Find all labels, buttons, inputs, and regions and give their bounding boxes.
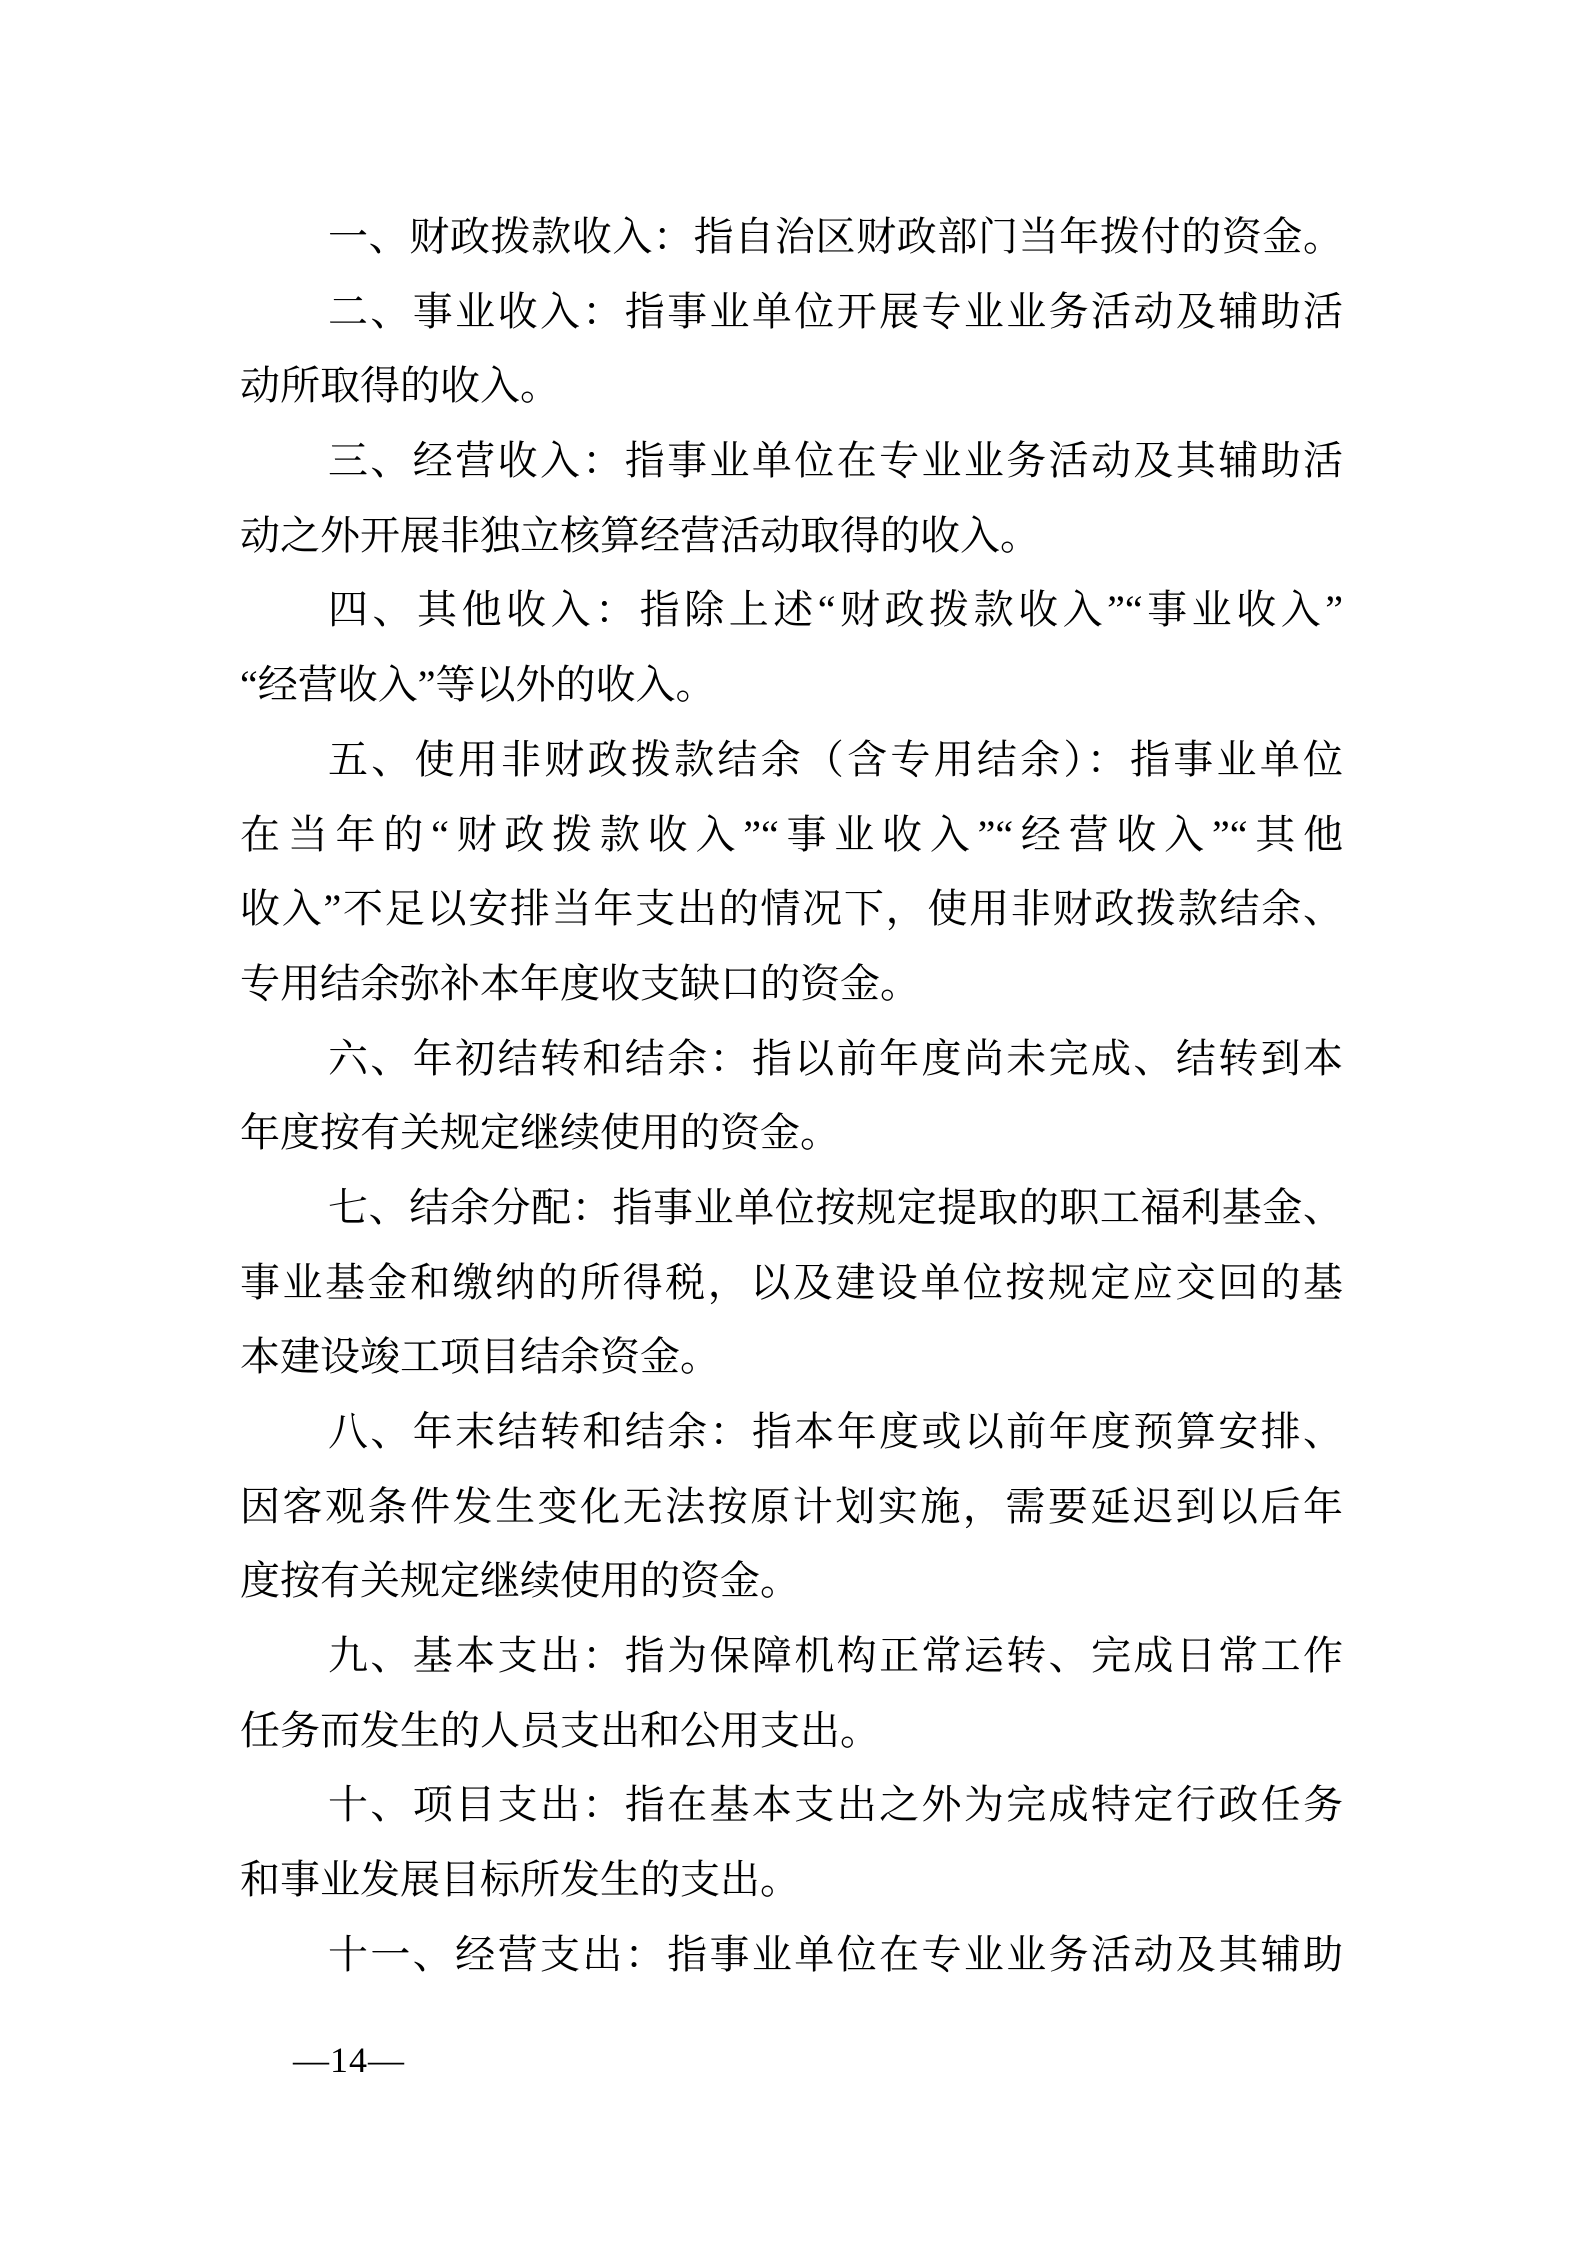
text-line: 六、年初结转和结余：指以前年度尚未完成、结转到本 <box>240 1022 1343 1097</box>
text-line: 度按有关规定继续使用的资金。 <box>240 1544 1343 1619</box>
text-line: 动之外开展非独立核算经营活动取得的收入。 <box>240 499 1343 574</box>
text-line: 一、财政拨款收入：指自治区财政部门当年拨付的资金。 <box>240 200 1343 275</box>
page-number: —14— <box>293 2038 405 2082</box>
text-line: 九、基本支出：指为保障机构正常运转、完成日常工作 <box>240 1619 1343 1694</box>
text-line: 因客观条件发生变化无法按原计划实施，需要延迟到以后年 <box>240 1470 1343 1545</box>
text-line: 七、结余分配：指事业单位按规定提取的职工福利基金、 <box>240 1171 1343 1246</box>
text-line: “经营收入”等以外的收入。 <box>240 648 1343 723</box>
text-line: 五、使用非财政拨款结余（含专用结余）：指事业单位 <box>240 723 1343 798</box>
text-line: 专用结余弥补本年度收支缺口的资金。 <box>240 947 1343 1022</box>
text-line: 八、年末结转和结余：指本年度或以前年度预算安排、 <box>240 1395 1343 1470</box>
text-line: 事业基金和缴纳的所得税，以及建设单位按规定应交回的基 <box>240 1246 1343 1321</box>
text-line: 年度按有关规定继续使用的资金。 <box>240 1096 1343 1171</box>
text-line: 本建设竣工项目结余资金。 <box>240 1320 1343 1395</box>
text-line: 二、事业收入：指事业单位开展专业业务活动及辅助活 <box>240 275 1343 350</box>
body-text: 一、财政拨款收入：指自治区财政部门当年拨付的资金。二、事业收入：指事业单位开展专… <box>240 200 1343 1993</box>
text-line: 三、经营收入：指事业单位在专业业务活动及其辅助活 <box>240 424 1343 499</box>
text-line: 十一、经营支出：指事业单位在专业业务活动及其辅助 <box>240 1918 1343 1993</box>
document-page: 一、财政拨款收入：指自治区财政部门当年拨付的资金。二、事业收入：指事业单位开展专… <box>0 0 1587 2245</box>
text-line: 和事业发展目标所发生的支出。 <box>240 1843 1343 1918</box>
text-line: 收入”不足以安排当年支出的情况下，使用非财政拨款结余、 <box>240 872 1343 947</box>
text-line: 动所取得的收入。 <box>240 349 1343 424</box>
text-line: 在当年的“财政拨款收入”“事业收入”“经营收入”“其他 <box>240 798 1343 873</box>
text-line: 四、其他收入：指除上述“财政拨款收入”“事业收入” <box>240 573 1343 648</box>
text-line: 十、项目支出：指在基本支出之外为完成特定行政任务 <box>240 1768 1343 1843</box>
text-line: 任务而发生的人员支出和公用支出。 <box>240 1694 1343 1769</box>
